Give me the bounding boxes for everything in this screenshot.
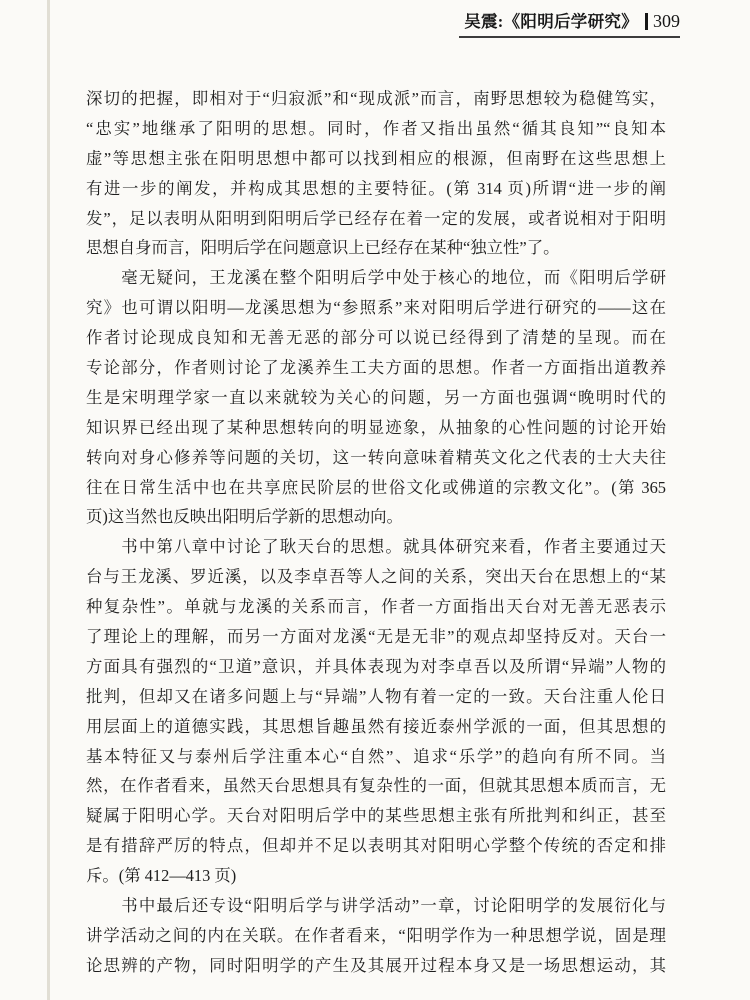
text-line: 讲学活动之间的内在关联。在作者看来，“阳明学作为一种思想学说，固是理 <box>86 921 666 951</box>
page-gutter-shadow <box>47 0 50 1000</box>
page-body: 深切的把握，即相对于“归寂派”和“现成派”而言，南野思想较为稳健笃实， “忠实”… <box>86 84 666 981</box>
text-line: 虚”等思想主张在阳明思想中都可以找到相应的根源，但南野在这些思想上 <box>86 144 666 174</box>
text-line: 批判，但却又在诸多问题上与“异端”人物有着一定的一致。天台注重人伦日 <box>86 682 666 712</box>
text-line: 疑属于阳明心学。天台对阳明后学中的某些思想主张有所批判和纠正，甚至 <box>86 801 666 831</box>
text-line: 页)这当然也反映出阳明后学新的思想动向。 <box>86 502 666 532</box>
text-line: 台与王龙溪、罗近溪，以及李卓吾等人之间的关系，突出天台在思想上的“某 <box>86 562 666 592</box>
header-divider <box>645 13 648 30</box>
text-line: 书中第八章中讨论了耿天台的思想。就具体研究来看，作者主要通过天 <box>86 532 666 562</box>
text-line: 知识界已经出现了某种思想转向的明显迹象，从抽象的心性问题的讨论开始 <box>86 413 666 443</box>
page-number: 309 <box>653 11 680 31</box>
text-line: 专论部分，作者则讨论了龙溪养生工夫方面的思想。作者一方面指出道教养 <box>86 353 666 383</box>
text-line: 然，在作者看来，虽然天台思想具有复杂性的一面，但就其思想本质而言，无 <box>86 771 666 801</box>
text-line: 书中最后还专设“阳明后学与讲学活动”一章，讨论阳明学的发展衍化与 <box>86 891 666 921</box>
text-line: 转向对身心修养等问题的关切，这一转向意味着精英文化之代表的士大夫往 <box>86 443 666 473</box>
text-line: 方面具有强烈的“卫道”意识，并具体表现为对李卓吾以及所谓“异端”人物的 <box>86 652 666 682</box>
text-line: 发”，足以表明从阳明到阳明后学已经存在着一定的发展，或者说相对于阳明 <box>86 204 666 234</box>
text-line: 思想自身而言，阳明后学在问题意识上已经存在某种“独立性”了。 <box>86 233 666 263</box>
text-line: 基本特征又与泰州后学注重本心“自然”、追求“乐学”的趋向有所不同。当 <box>86 742 666 772</box>
text-line: 种复杂性”。单就与龙溪的关系而言，作者一方面指出天台对无善无恶表示 <box>86 592 666 622</box>
book-reference: 吴震:《阳明后学研究》 <box>464 12 638 31</box>
page-header: 吴震:《阳明后学研究》309 <box>459 8 680 38</box>
text-line: 作者讨论现成良知和无善无恶的部分可以说已经得到了清楚的呈现。而在 <box>86 323 666 353</box>
text-line: 论思辨的产物，同时阳明学的产生及其展开过程本身又是一场思想运动，其 <box>86 951 666 981</box>
text-line: 了理论上的理解，而另一方面对龙溪“无是无非”的观点却坚持反对。天台一 <box>86 622 666 652</box>
text-line: 生是宋明理学家一直以来就较为关心的问题，另一方面也强调“晚明时代的 <box>86 383 666 413</box>
text-line: 斥。(第 412—413 页) <box>86 861 666 891</box>
text-line: 有进一步的阐发，并构成其思想的主要特征。(第 314 页)所谓“进一步的阐 <box>86 174 666 204</box>
text-line: 究》也可谓以阳明—龙溪思想为“参照系”来对阳明后学进行研究的——这在 <box>86 293 666 323</box>
text-line: 用层面上的道德实践，其思想旨趣虽然有接近泰州学派的一面，但其思想的 <box>86 712 666 742</box>
text-line: 深切的把握，即相对于“归寂派”和“现成派”而言，南野思想较为稳健笃实， <box>86 84 666 114</box>
text-line: 往在日常生活中也在共享庶民阶层的世俗文化或佛道的宗教文化”。(第 365 <box>86 473 666 503</box>
text-line: 毫无疑问，王龙溪在整个阳明后学中处于核心的地位，而《阳明后学研 <box>86 263 666 293</box>
text-line: 是有措辞严厉的特点，但却并不足以表明其对阳明心学整个传统的否定和排 <box>86 831 666 861</box>
text-line: “忠实”地继承了阳明的思想。同时，作者又指出虽然“循其良知”“良知本 <box>86 114 666 144</box>
